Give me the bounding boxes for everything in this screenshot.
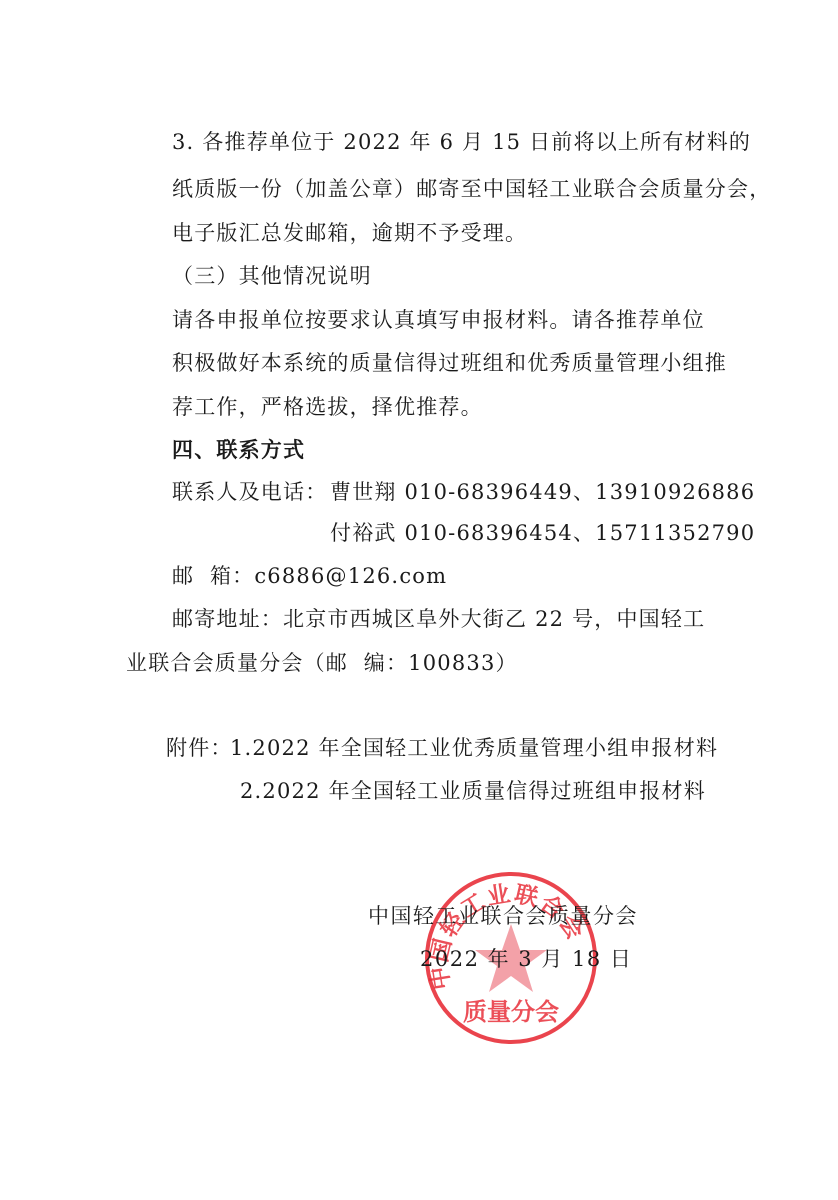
item3-line1: 3. 各推荐单位于 2022 年 6 月 15 日前将以上所有材料的 bbox=[172, 128, 751, 156]
signature-org: 中国轻工业联合会质量分会 bbox=[368, 902, 638, 930]
contact-heading: 四、联系方式 bbox=[172, 436, 305, 464]
seal-bottom-text: 质量分会 bbox=[463, 998, 559, 1026]
item3-line2: 纸质版一份（加盖公章）邮寄至中国轻工业联合会质量分会， bbox=[172, 175, 771, 203]
section3-line3: 荐工作，严格选拔，择优推荐。 bbox=[172, 393, 483, 421]
section3-title: （三）其他情况说明 bbox=[172, 262, 372, 290]
contact-person-1: 曹世翔 010-68396449、13910926886 bbox=[330, 478, 755, 506]
item3-line3: 电子版汇总发邮箱，逾期不予受理。 bbox=[172, 219, 527, 247]
attachment-item-2: 2.2022 年全国轻工业质量信得过班组申报材料 bbox=[240, 777, 706, 805]
section3-line1: 请各申报单位按要求认真填写申报材料。请各推荐单位 bbox=[172, 306, 705, 334]
section3-line2: 积极做好本系统的质量信得过班组和优秀质量管理小组推 bbox=[172, 349, 727, 377]
contact-phone-label: 联系人及电话： bbox=[172, 478, 327, 506]
attachments-label: 附件： bbox=[166, 734, 233, 762]
contact-address-line2: 业联合会质量分会（邮 编：100833） bbox=[126, 649, 518, 677]
contact-address-line1: 邮寄地址：北京市西城区阜外大街乙 22 号，中国轻工 bbox=[172, 605, 705, 633]
attachment-item-1: 1.2022 年全国轻工业优秀质量管理小组申报材料 bbox=[230, 734, 718, 762]
signature-date: 2022 年 3 月 18 日 bbox=[420, 945, 632, 973]
contact-person-2: 付裕武 010-68396454、15711352790 bbox=[330, 519, 755, 547]
contact-email: 邮 箱：c6886@126.com bbox=[172, 562, 447, 590]
